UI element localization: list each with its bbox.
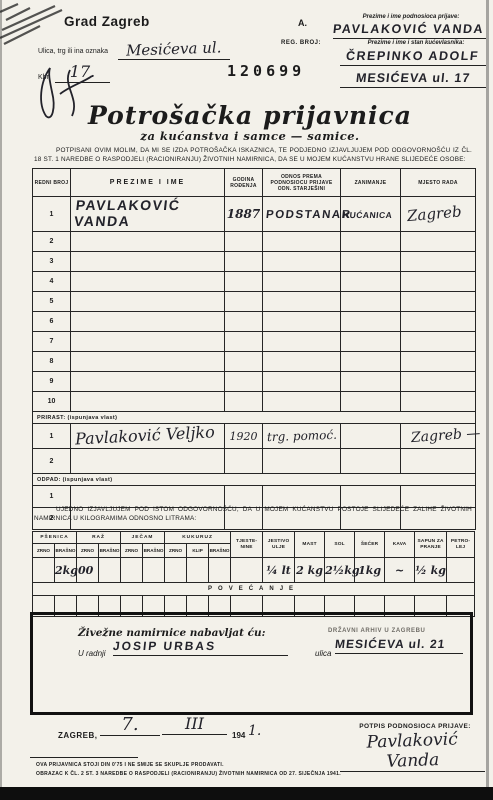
col-secer: ŠEĆER bbox=[355, 532, 385, 558]
person-occupation-handwritten: KUĆANICA bbox=[340, 210, 392, 220]
table-row: 3 bbox=[33, 252, 476, 272]
table-row: 4 bbox=[33, 272, 476, 292]
purchase-box: Živežne namirnice nabavljat ću: DRŽAVNI … bbox=[30, 612, 473, 715]
person-name-handwritten: PAVLAKOVIĆ VANDA bbox=[69, 197, 225, 229]
col-sapun: SAPUN ZA PRANJE bbox=[415, 532, 447, 558]
table-row: 8 bbox=[33, 352, 476, 372]
table-row: 10 bbox=[33, 392, 476, 412]
form-title: Potrošačka prijavnica bbox=[60, 101, 440, 130]
value-secer: 1kg bbox=[358, 564, 381, 577]
shop-value-handwritten: JOSIP URBAS bbox=[112, 639, 217, 653]
street-label: Ulica, trg ili ina oznaka bbox=[38, 48, 108, 55]
sub-brasno: BRAŠNO bbox=[209, 544, 231, 558]
footnote-rule bbox=[30, 757, 138, 758]
col-jecam: JEČAM bbox=[121, 532, 165, 544]
sub-klip: KLIP bbox=[187, 544, 209, 558]
col-tjestenine: TJESTE-NINE bbox=[231, 532, 263, 558]
prirast-workplace-handwritten: Zagreb — bbox=[401, 425, 481, 447]
archive-stamp: DRŽAVNI ARHIV U ZAGREBU bbox=[328, 628, 425, 634]
persons-table-header: REDNI BROJ PREZIME I IME GODINA ROĐENJA … bbox=[33, 169, 476, 197]
prirast-band: PRIRAST: (ispunjava vlast) bbox=[33, 412, 476, 424]
person-workplace-handwritten: Zagreb bbox=[400, 202, 462, 225]
value-psenica-brasno: 2kg00 bbox=[55, 564, 93, 577]
row-number: 2 bbox=[33, 449, 71, 474]
row-number: 10 bbox=[33, 392, 71, 412]
value-kava: ~ bbox=[395, 564, 404, 577]
date-month-handwritten: III bbox=[185, 714, 204, 733]
reg-broj-label: REG. BROJ: bbox=[281, 40, 321, 46]
col-header-zanimanje: ZANIMANJE bbox=[341, 169, 401, 197]
form-subtitle: za kućanstva i samce — samice. bbox=[60, 129, 440, 143]
date-day-handwritten: 7. bbox=[121, 714, 138, 735]
col-kava: KAVA bbox=[385, 532, 415, 558]
value-jestivo-ulje: ¼ lt bbox=[266, 564, 291, 577]
col-kukuruz: KUKURUZ bbox=[165, 532, 231, 544]
row-number: 2 bbox=[33, 232, 71, 252]
shop-label: U radnji bbox=[78, 649, 106, 658]
persons-table: REDNI BROJ PREZIME I IME GODINA ROĐENJA … bbox=[32, 168, 476, 530]
col-header-rednibroj: REDNI BROJ bbox=[33, 169, 71, 197]
odpad-label: ODPAD: (ispunjava vlast) bbox=[33, 474, 476, 486]
declaration2-paragraph: UJEDNO IZJAVLJUJEM POD ISTOM ODGOVORNOŠĆ… bbox=[34, 505, 472, 523]
landlord-address-handwritten: MESIĆEVA ul. 17 bbox=[355, 71, 471, 85]
year-printed: 194 bbox=[232, 731, 245, 740]
applicant-value-handwritten: PAVLAKOVIĆ VANDA bbox=[332, 22, 485, 36]
col-jestivo-ulje: JESTIVO ULJE bbox=[263, 532, 295, 558]
scan-edge-bottom bbox=[0, 787, 493, 800]
sub-zrno: ZRNO bbox=[77, 544, 99, 558]
prirast-year-handwritten: 1920 bbox=[230, 430, 258, 443]
section-letter: A. bbox=[298, 18, 307, 28]
year-written-handwritten: 1. bbox=[248, 723, 261, 739]
value-sol: 2½kg bbox=[325, 564, 359, 577]
landlord-label: Prezime i ime i stan kućevlasnika: bbox=[346, 40, 486, 46]
table-row: 2 bbox=[33, 232, 476, 252]
col-mast: MAST bbox=[295, 532, 325, 558]
table-row: 1 Pavlaković Veljko 1920 trg. pomoć. Zag… bbox=[33, 424, 476, 449]
supplies-table: PŠENICA RAŽ JEČAM KUKURUZ TJESTE-NINE JE… bbox=[32, 531, 475, 617]
declaration-paragraph: POTPISANI OVIM MOLIM, DA MI SE IZDA POTR… bbox=[34, 146, 472, 164]
col-header-mjesto: MJESTO RADA bbox=[401, 169, 476, 197]
reg-number-stamp: 120699 bbox=[227, 62, 305, 80]
col-header-godina: GODINA ROĐENJA bbox=[225, 169, 263, 197]
value-sapun: ½ kg bbox=[415, 564, 446, 577]
povecanje-row: POVEĆANJE bbox=[33, 583, 475, 596]
table-row: 7 bbox=[33, 332, 476, 352]
col-header-prezime: PREZIME I IME bbox=[71, 169, 225, 197]
scan-edge-left bbox=[0, 0, 2, 800]
povecanje-label: POVEĆANJE bbox=[33, 583, 475, 596]
declaration2-text: UJEDNO IZJAVLJUJEM POD ISTOM ODGOVORNOŠĆ… bbox=[34, 506, 472, 522]
col-raz: RAŽ bbox=[77, 532, 121, 544]
row-number: 1 bbox=[33, 424, 71, 449]
declaration-text: POTPISANI OVIM MOLIM, DA MI SE IZDA POTR… bbox=[34, 147, 472, 163]
row-number: 3 bbox=[33, 252, 71, 272]
person-year-handwritten: 1887 bbox=[227, 207, 260, 221]
prirast-relation-handwritten: trg. pomoć. bbox=[263, 428, 337, 445]
city-heading: Grad Zagreb bbox=[64, 14, 150, 29]
scan-edge-right bbox=[486, 0, 489, 800]
table-row: 5 bbox=[33, 292, 476, 312]
value-mast: 2 kg bbox=[296, 564, 323, 577]
row-number: 4 bbox=[33, 272, 71, 292]
sub-zrno: ZRNO bbox=[165, 544, 187, 558]
table-row: 2 bbox=[33, 449, 476, 474]
ulica-label: ulica bbox=[315, 649, 331, 658]
street-value-handwritten: Mesićeva ul. bbox=[126, 38, 222, 59]
prirast-name-handwritten: Pavlaković Veljko bbox=[71, 422, 216, 448]
sub-brasno: BRAŠNO bbox=[143, 544, 165, 558]
supplies-values-row: 2kg00 ¼ lt 2 kg 2½kg 1kg ~ ½ kg bbox=[33, 558, 475, 583]
prirast-label: PRIRAST: (ispunjava vlast) bbox=[33, 412, 476, 424]
footer-city-label: ZAGREB, bbox=[58, 731, 98, 740]
sub-zrno: ZRNO bbox=[121, 544, 143, 558]
scanned-form-page: Grad Zagreb A. REG. BROJ: 120699 Ulica, … bbox=[0, 0, 493, 800]
person-relation-handwritten: PODSTANAR bbox=[262, 209, 352, 221]
table-row: 6 bbox=[33, 312, 476, 332]
sub-zrno: ZRNO bbox=[33, 544, 55, 558]
row-number: 7 bbox=[33, 332, 71, 352]
row-number: 1 bbox=[33, 197, 71, 232]
col-petrolej: PETRO-LEJ bbox=[447, 532, 475, 558]
fine-print-1: OVA PRIJAVNICA STOJI DIN 0'75 I NE SMIJE… bbox=[36, 761, 466, 769]
odpad-band: ODPAD: (ispunjava vlast) bbox=[33, 474, 476, 486]
row-number: 6 bbox=[33, 312, 71, 332]
row-number: 8 bbox=[33, 352, 71, 372]
col-psenica: PŠENICA bbox=[33, 532, 77, 544]
landlord-name-handwritten: ČREPINKO ADOLF bbox=[346, 49, 481, 63]
col-header-odnos: ODNOS PREMA PODNOSIOCU PRIJAVE ODN. STAR… bbox=[263, 169, 341, 197]
sub-brasno: BRAŠNO bbox=[99, 544, 121, 558]
fine-print-2: OBRAZAC K ČL. 2 ST. 3 NAREDBE O RASPODJE… bbox=[36, 770, 466, 778]
supplies-group-header: PŠENICA RAŽ JEČAM KUKURUZ TJESTE-NINE JE… bbox=[33, 532, 475, 544]
row-number: 9 bbox=[33, 372, 71, 392]
col-sol: SOL bbox=[325, 532, 355, 558]
row-number: 5 bbox=[33, 292, 71, 312]
table-row: 9 bbox=[33, 372, 476, 392]
table-row: 1 PAVLAKOVIĆ VANDA 1887 PODSTANAR KUĆANI… bbox=[33, 197, 476, 232]
sub-brasno: BRAŠNO bbox=[55, 544, 77, 558]
shop-street-handwritten: MESIĆEVA ul. 21 bbox=[334, 637, 446, 651]
